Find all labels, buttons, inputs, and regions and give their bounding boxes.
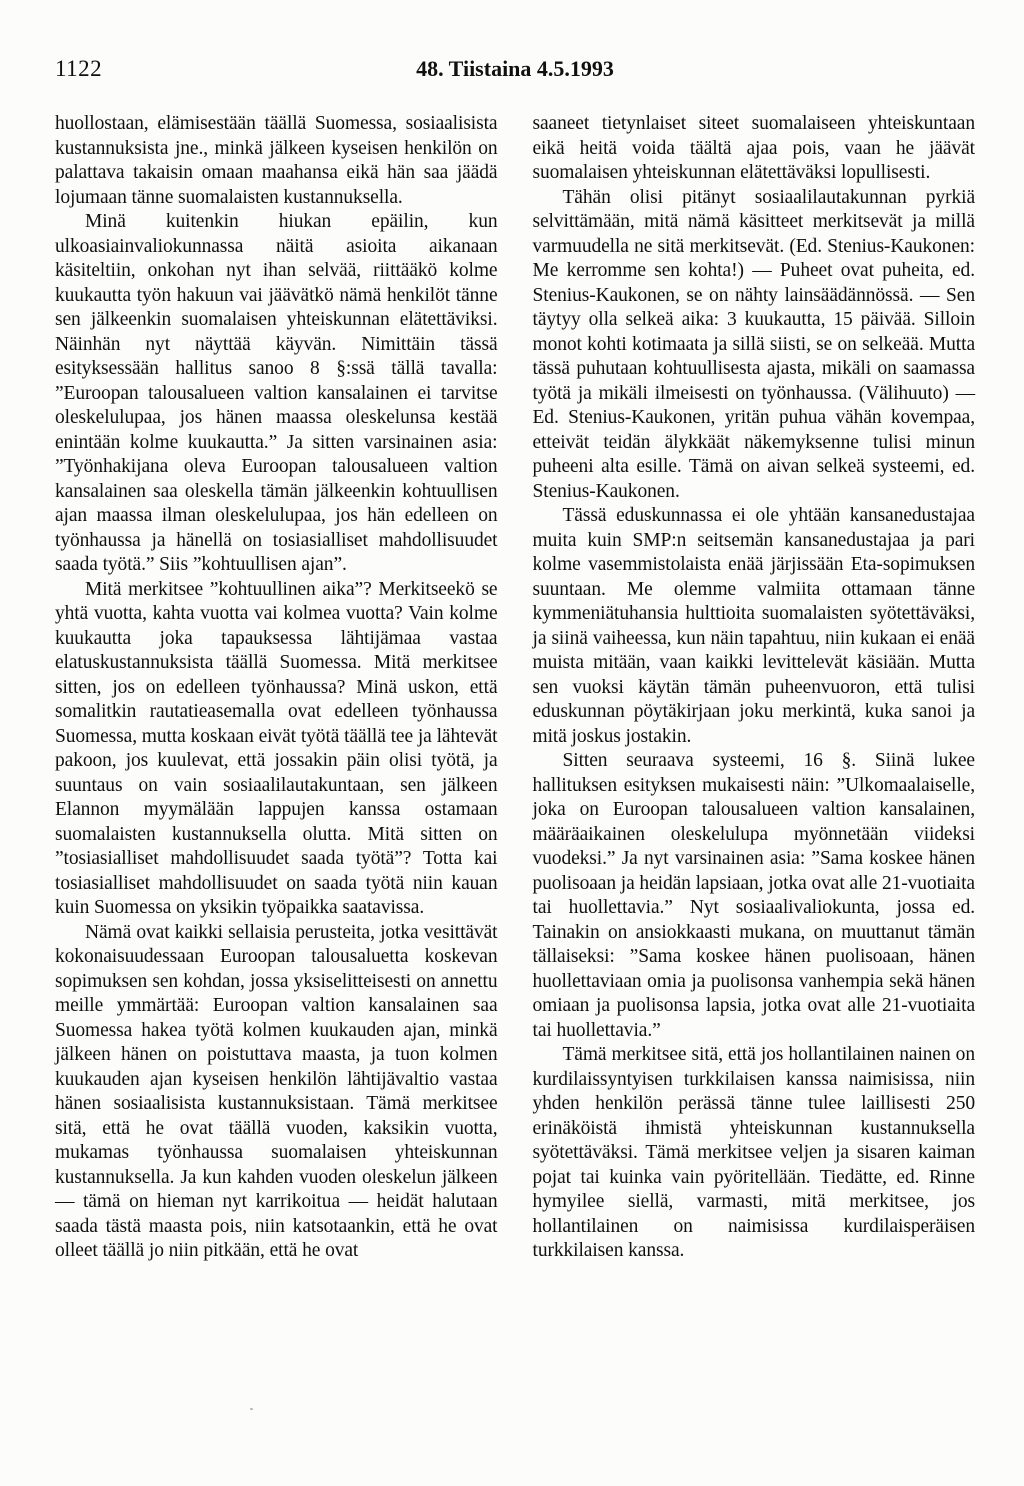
text-columns: huollostaan, elämisestään täällä Suomess… [55,112,975,1264]
session-header-title: 48. Tiistaina 4.5.1993 [55,56,975,82]
paragraph: huollostaan, elämisestään täällä Suomess… [55,112,498,210]
paragraph: Tässä eduskunnassa ei ole yhtään kansane… [533,504,976,749]
paragraph: Sitten seuraava systeemi, 16 §. Siinä lu… [533,749,976,1043]
paragraph: Tähän olisi pitänyt sosiaalilautakunnan … [533,186,976,505]
scan-artifact-speck [250,1408,253,1410]
left-column: huollostaan, elämisestään täällä Suomess… [55,112,498,1264]
paragraph: Mitä merkitsee ”kohtuullinen aika”? Merk… [55,578,498,921]
page-header: 1122 48. Tiistaina 4.5.1993 [55,56,975,90]
scanned-document-page: 1122 48. Tiistaina 4.5.1993 huollostaan,… [0,0,1024,1486]
right-column: saaneet tietynlaiset siteet suomalaiseen… [533,112,976,1264]
paragraph: Minä kuitenkin hiukan epäilin, kun ulkoa… [55,210,498,578]
paragraph: Tämä merkitsee sitä, että jos hollantila… [533,1043,976,1264]
paragraph: saaneet tietynlaiset siteet suomalaiseen… [533,112,976,186]
paragraph: Nämä ovat kaikki sellaisia perusteita, j… [55,921,498,1264]
